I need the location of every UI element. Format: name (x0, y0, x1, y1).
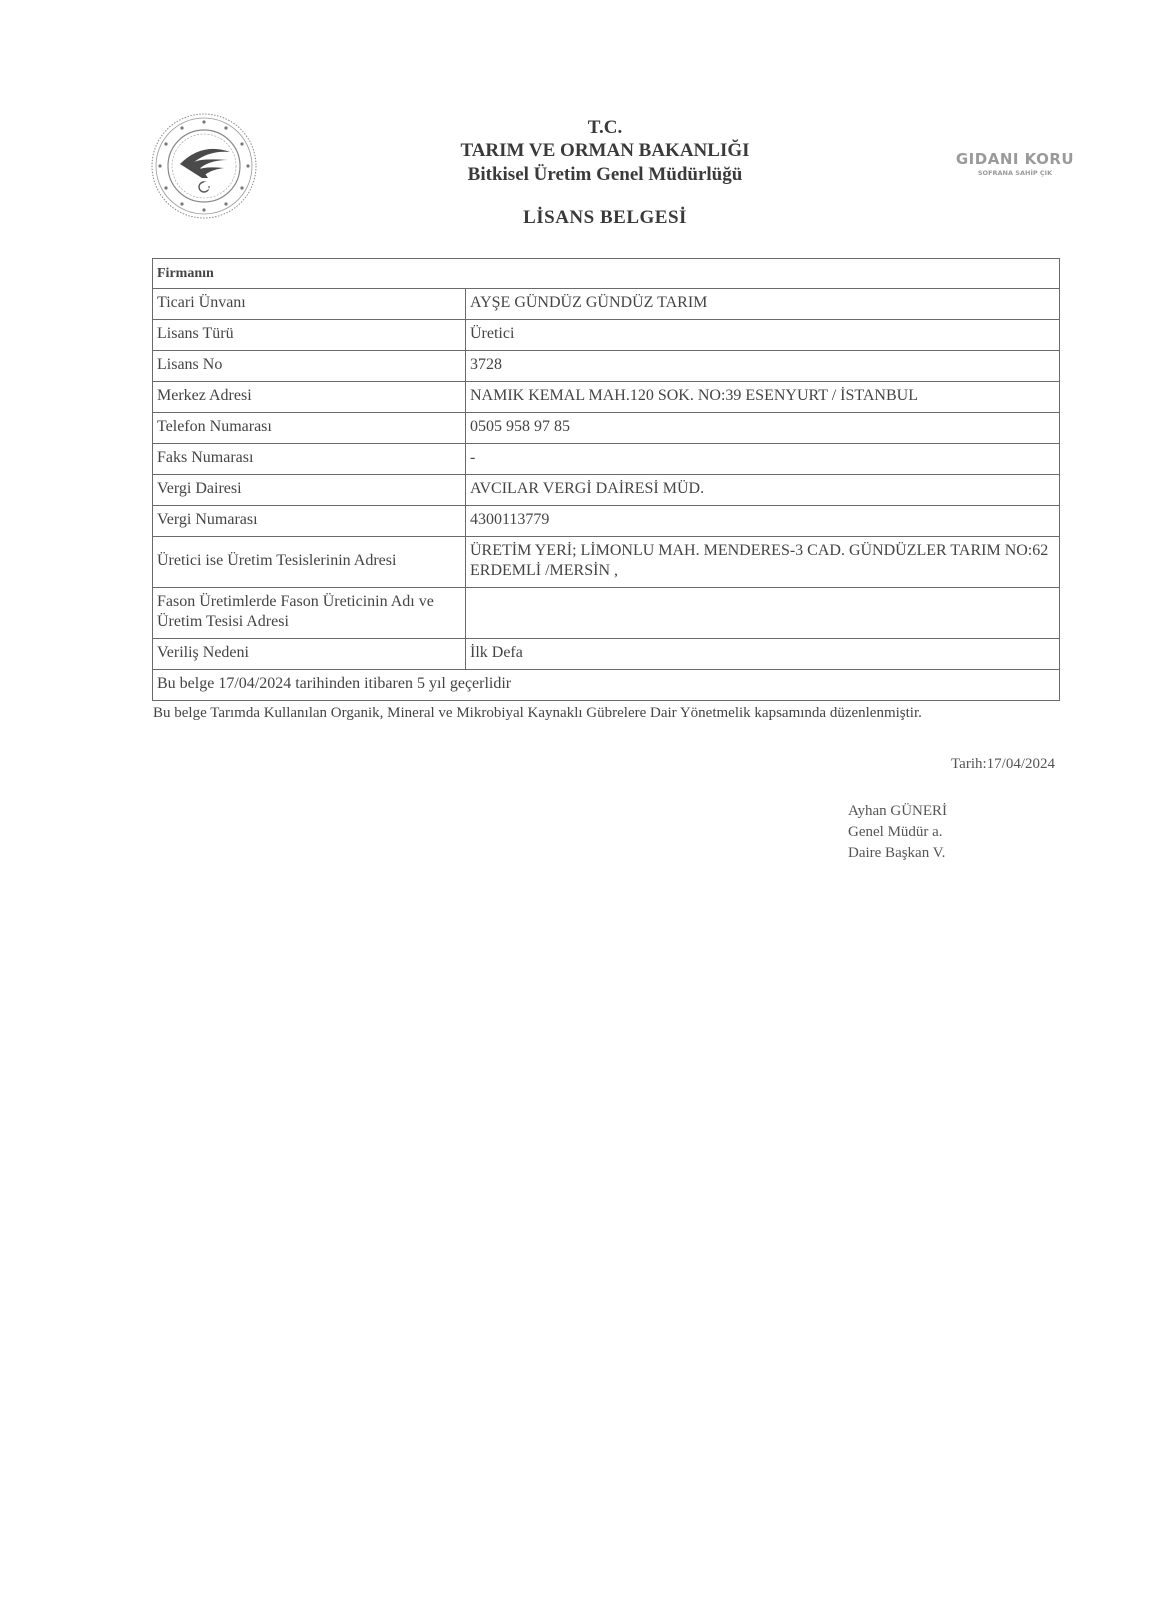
table-row: Ticari Ünvanı AYŞE GÜNDÜZ GÜNDÜZ TARIM (153, 289, 1060, 320)
table-row: Fason Üretimlerde Fason Üreticinin Adı v… (153, 588, 1060, 639)
row-value: AYŞE GÜNDÜZ GÜNDÜZ TARIM (466, 289, 1060, 320)
row-label: Fason Üretimlerde Fason Üreticinin Adı v… (153, 588, 466, 639)
table-row: Lisans No 3728 (153, 351, 1060, 382)
row-value: NAMIK KEMAL MAH.120 SOK. NO:39 ESENYURT … (466, 382, 1060, 413)
row-label: Telefon Numarası (153, 413, 466, 444)
row-label: Vergi Dairesi (153, 475, 466, 506)
table-row: Telefon Numarası 0505 958 97 85 (153, 413, 1060, 444)
signatory-role: Daire Başkan V. (848, 843, 947, 864)
table-row: Lisans Türü Üretici (153, 320, 1060, 351)
row-value: Üretici (466, 320, 1060, 351)
logo-brand: GIDANI KORU (950, 150, 1080, 168)
table-row: Üretici ise Üretim Tesislerinin Adresi Ü… (153, 537, 1060, 588)
table-row: Vergi Numarası 4300113779 (153, 506, 1060, 537)
row-value: 3728 (466, 351, 1060, 382)
ministry-seal-icon (150, 112, 258, 220)
row-value: 4300113779 (466, 506, 1060, 537)
row-value: AVCILAR VERGİ DAİRESİ MÜD. (466, 475, 1060, 506)
row-value (466, 588, 1060, 639)
signatory-title: Genel Müdür a. (848, 822, 947, 843)
logo-slogan: SOFRANA SAHİP ÇIK (950, 169, 1080, 177)
validity-text: Bu belge 17/04/2024 tarihinden itibaren … (153, 670, 1060, 701)
row-label: Ticari Ünvanı (153, 289, 466, 320)
table-row: Merkez Adresi NAMIK KEMAL MAH.120 SOK. N… (153, 382, 1060, 413)
document-header: T.C. TARIM VE ORMAN BAKANLIĞI Bitkisel Ü… (400, 117, 810, 229)
row-value: ÜRETİM YERİ; LİMONLU MAH. MENDERES-3 CAD… (466, 537, 1060, 588)
row-label: Üretici ise Üretim Tesislerinin Adresi (153, 537, 466, 588)
table-row: Vergi Dairesi AVCILAR VERGİ DAİRESİ MÜD. (153, 475, 1060, 506)
row-label: Veriliş Nedeni (153, 639, 466, 670)
header-tc: T.C. (400, 117, 810, 139)
row-label: Lisans Türü (153, 320, 466, 351)
table-row: Faks Numarası - (153, 444, 1060, 475)
row-value: 0505 958 97 85 (466, 413, 1060, 444)
row-label: Faks Numarası (153, 444, 466, 475)
row-label: Vergi Numarası (153, 506, 466, 537)
header-directorate: Bitkisel Üretim Genel Müdürlüğü (400, 163, 810, 187)
row-label: Lisans No (153, 351, 466, 382)
license-table: Firmanın Ticari Ünvanı AYŞE GÜNDÜZ GÜNDÜ… (152, 258, 1060, 701)
signatory-name: Ayhan GÜNERİ (848, 801, 947, 822)
regulation-note: Bu belge Tarımda Kullanılan Organik, Min… (153, 704, 983, 722)
document-title: LİSANS BELGESİ (400, 207, 810, 229)
section-label: Firmanın (153, 259, 1060, 289)
row-value: - (466, 444, 1060, 475)
table-row: Veriliş Nedeni İlk Defa (153, 639, 1060, 670)
header-ministry: TARIM VE ORMAN BAKANLIĞI (400, 139, 810, 163)
gidani-koru-logo: GIDANI KORU SOFRANA SAHİP ÇIK (950, 150, 1080, 177)
row-value: İlk Defa (466, 639, 1060, 670)
issue-date: Tarih:17/04/2024 (880, 756, 1055, 773)
row-label: Merkez Adresi (153, 382, 466, 413)
validity-row: Bu belge 17/04/2024 tarihinden itibaren … (153, 670, 1060, 701)
table-section-row: Firmanın (153, 259, 1060, 289)
signature-block: Ayhan GÜNERİ Genel Müdür a. Daire Başkan… (848, 801, 947, 864)
